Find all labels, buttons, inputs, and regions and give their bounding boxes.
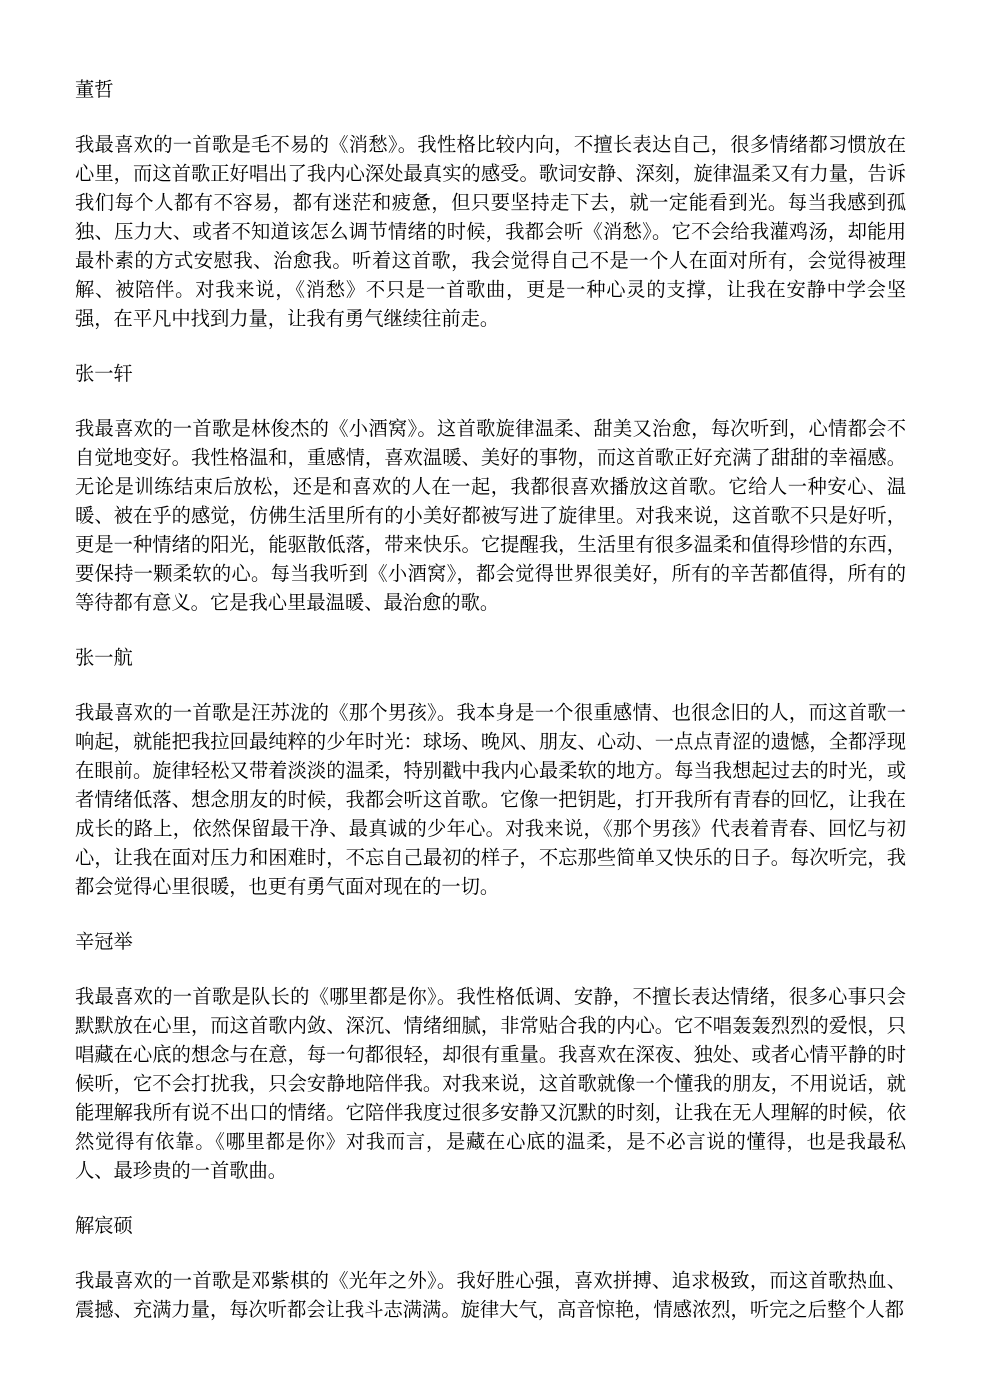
- song-entry: 解宸硕 我最喜欢的一首歌是邓紫棋的《光年之外》。我好胜心强，喜欢拼搏、追求极致，…: [75, 1212, 906, 1325]
- song-paragraph: 我最喜欢的一首歌是邓紫棋的《光年之外》。我好胜心强，喜欢拼搏、追求极致，而这首歌…: [75, 1267, 906, 1325]
- song-paragraph: 我最喜欢的一首歌是林俊杰的《小酒窝》。这首歌旋律温柔、甜美又治愈，每次听到，心情…: [75, 415, 906, 618]
- song-paragraph: 我最喜欢的一首歌是毛不易的《消愁》。我性格比较内向，不擅长表达自己，很多情绪都习…: [75, 131, 906, 334]
- document-page: 董哲 我最喜欢的一首歌是毛不易的《消愁》。我性格比较内向，不擅长表达自己，很多情…: [0, 0, 981, 1390]
- student-name: 解宸硕: [75, 1212, 906, 1241]
- song-entry: 董哲 我最喜欢的一首歌是毛不易的《消愁》。我性格比较内向，不擅长表达自己，很多情…: [75, 76, 906, 334]
- song-entry: 辛冠举 我最喜欢的一首歌是队长的《哪里都是你》。我性格低调、安静，不擅长表达情绪…: [75, 928, 906, 1186]
- student-name: 董哲: [75, 76, 906, 105]
- song-entry: 张一轩 我最喜欢的一首歌是林俊杰的《小酒窝》。这首歌旋律温柔、甜美又治愈，每次听…: [75, 360, 906, 618]
- song-entry: 张一航 我最喜欢的一首歌是汪苏泷的《那个男孩》。我本身是一个很重感情、也很念旧的…: [75, 644, 906, 902]
- song-paragraph: 我最喜欢的一首歌是汪苏泷的《那个男孩》。我本身是一个很重感情、也很念旧的人，而这…: [75, 699, 906, 902]
- student-name: 辛冠举: [75, 928, 906, 957]
- song-paragraph: 我最喜欢的一首歌是队长的《哪里都是你》。我性格低调、安静，不擅长表达情绪，很多心…: [75, 983, 906, 1186]
- student-name: 张一航: [75, 644, 906, 673]
- student-name: 张一轩: [75, 360, 906, 389]
